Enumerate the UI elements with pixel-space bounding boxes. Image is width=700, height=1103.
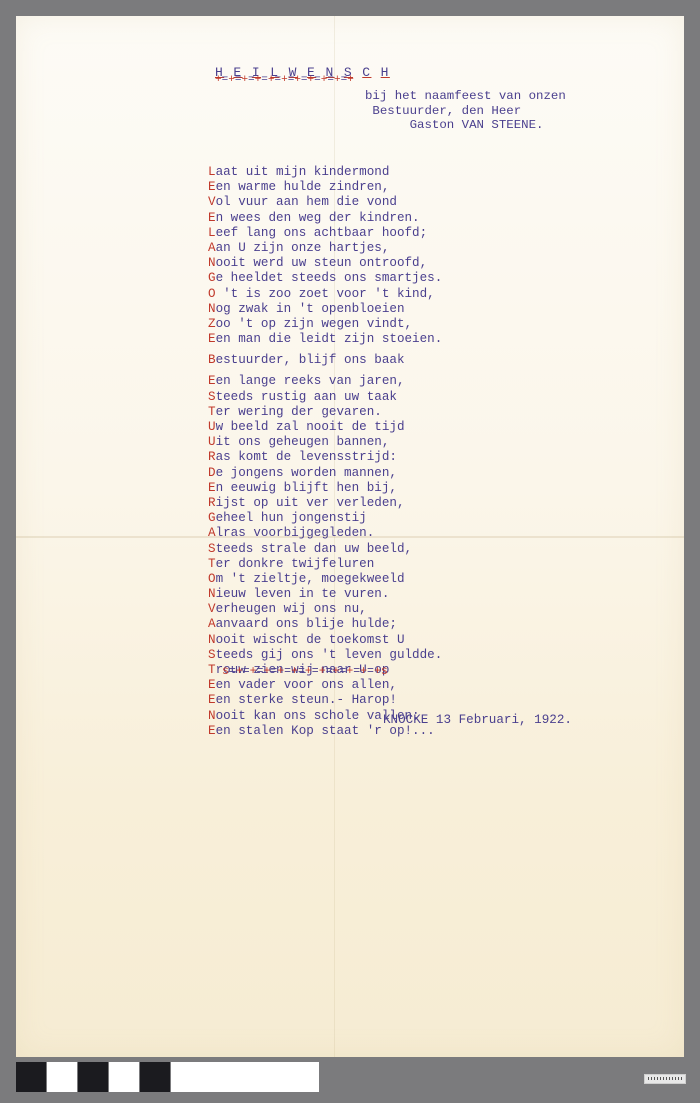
poem-line: O 't is zoo zoet voor 't kind,: [208, 287, 442, 302]
acrostic-initial: E: [208, 332, 216, 346]
date-line: KNOCKE 13 Februari, 1922.: [383, 713, 572, 727]
color-swatch: [47, 1062, 77, 1092]
poem-line: Uw beeld zal nooit de tijd: [208, 420, 442, 435]
poem-line: Een vader voor ons allen,: [208, 678, 442, 693]
poem-line: Zoo 't op zijn wegen vindt,: [208, 317, 442, 332]
acrostic-initial: N: [208, 709, 216, 723]
color-swatch: [140, 1062, 170, 1092]
poem-line: Een man die leidt zijn stoeien.: [208, 332, 442, 347]
acrostic-initial: E: [208, 180, 216, 194]
acrostic-initial: E: [208, 211, 216, 225]
poem-line: Een lange reeks van jaren,: [208, 374, 442, 389]
title-underline-rule: +=+=+=+=+=+=+=+=+=+=+: [215, 75, 354, 86]
acrostic-initial: U: [208, 420, 216, 434]
acrostic-initial: N: [208, 587, 216, 601]
acrostic-initial: L: [208, 226, 216, 240]
acrostic-initial: T: [208, 405, 216, 419]
acrostic-initial: S: [208, 390, 216, 404]
poem-line: Ter donkre twijfeluren: [208, 557, 442, 572]
acrostic-initial: U: [208, 435, 216, 449]
acrostic-initial: N: [208, 633, 216, 647]
acrostic-initial: E: [208, 678, 216, 692]
poem-line: En wees den weg der kindren.: [208, 211, 442, 226]
acrostic-initial: N: [208, 256, 216, 270]
acrostic-initial: G: [208, 271, 216, 285]
title-letter: C: [362, 65, 371, 80]
acrostic-initial: E: [208, 374, 216, 388]
poem-end-rule: s=+=+=+=+=+=+=+=+=+=+=+s: [222, 665, 388, 678]
poem-line: Uit ons geheugen bannen,: [208, 435, 442, 450]
poem-line: Geheel hun jongenstij: [208, 511, 442, 526]
acrostic-initial: V: [208, 195, 216, 209]
poem-line: Alras voorbijgegleden.: [208, 526, 442, 541]
title-letter: H: [381, 65, 390, 80]
poem-line: Laat uit mijn kindermond: [208, 165, 442, 180]
acrostic-initial: A: [208, 526, 216, 540]
poem-line: Een warme hulde zindren,: [208, 180, 442, 195]
acrostic-initial: Z: [208, 317, 216, 331]
poem-line: En eeuwig blijft hen bij,: [208, 481, 442, 496]
poem-line: Aanvaard ons blije hulde;: [208, 617, 442, 632]
poem-line: Nooit werd uw steun ontroofd,: [208, 256, 442, 271]
dedication-subtitle: bij het naamfeest van onzen Bestuurder, …: [365, 89, 566, 133]
poem-line: Een sterke steun.- Harop!: [208, 693, 442, 708]
acrostic-initial: O: [208, 572, 216, 586]
acrostic-initial: E: [208, 693, 216, 707]
acrostic-initial: T: [208, 557, 216, 571]
poem-line: Ter wering der gevaren.: [208, 405, 442, 420]
acrostic-initial: V: [208, 602, 216, 616]
poem-line: Ge heeldet steeds ons smartjes.: [208, 271, 442, 286]
poem-line: Aan U zijn onze hartjes,: [208, 241, 442, 256]
acrostic-initial: O: [208, 287, 216, 301]
poem-line: Nooit wischt de toekomst U: [208, 633, 442, 648]
acrostic-initial: G: [208, 511, 216, 525]
acrostic-initial: E: [208, 481, 216, 495]
poem-line: Bestuurder, blijf ons baak: [208, 353, 442, 368]
color-swatch: [109, 1062, 139, 1092]
color-swatch: [171, 1062, 319, 1092]
acrostic-initial: D: [208, 466, 216, 480]
poem-line: Nieuw leven in te vuren.: [208, 587, 442, 602]
acrostic-initial: R: [208, 496, 216, 510]
poem-line: Steeds strale dan uw beeld,: [208, 542, 442, 557]
acrostic-initial: N: [208, 302, 216, 316]
poem-line: Steeds rustig aan uw taak: [208, 390, 442, 405]
poem-line: Verheugen wij ons nu,: [208, 602, 442, 617]
color-swatch: [78, 1062, 108, 1092]
acrostic-initial: S: [208, 542, 216, 556]
archive-barcode: [644, 1074, 686, 1084]
poem-line: Om 't zieltje, moegekweeld: [208, 572, 442, 587]
poem-line: Vol vuur aan hem die vond: [208, 195, 442, 210]
acrostic-initial: A: [208, 617, 216, 631]
color-swatch: [16, 1062, 46, 1092]
poem-line: Ras komt de levensstrijd:: [208, 450, 442, 465]
poem-line: Leef lang ons achtbaar hoofd;: [208, 226, 442, 241]
poem-line: De jongens worden mannen,: [208, 466, 442, 481]
acrostic-initial: A: [208, 241, 216, 255]
acrostic-initial: S: [208, 648, 216, 662]
acrostic-initial: E: [208, 724, 216, 738]
poem-line: Nog zwak in 't openbloeien: [208, 302, 442, 317]
poem-line: Steeds gij ons 't leven guldde.: [208, 648, 442, 663]
acrostic-initial: B: [208, 353, 216, 367]
acrostic-initial: L: [208, 165, 216, 179]
acrostic-initial: R: [208, 450, 216, 464]
poem-body: Laat uit mijn kindermondEen warme hulde …: [208, 165, 442, 739]
poem-line: Rijst op uit ver verleden,: [208, 496, 442, 511]
acrostic-initial: T: [208, 663, 216, 677]
